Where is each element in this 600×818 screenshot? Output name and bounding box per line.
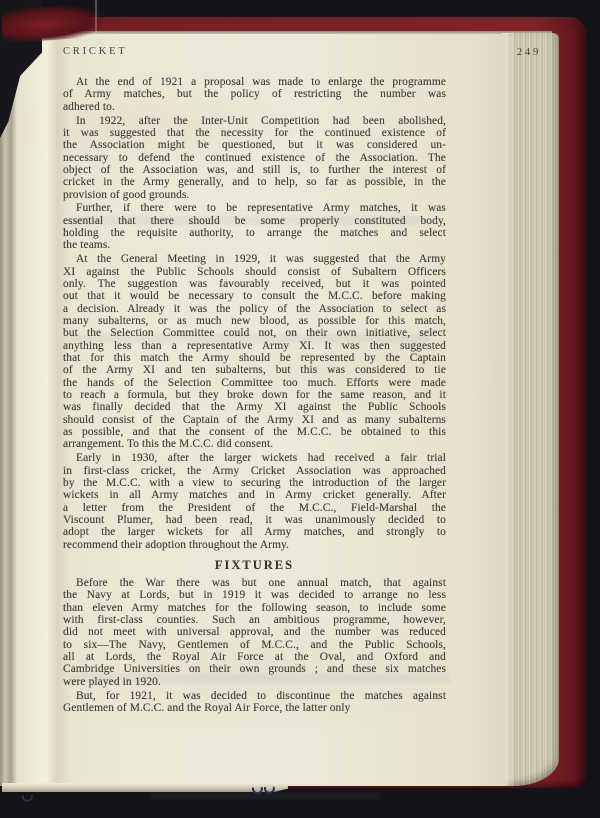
text-line: At the General Meeting in 1929, it was s…	[63, 253, 446, 265]
text-line: as possible, and that the consent of the…	[63, 426, 446, 438]
text-line: anything less than a representative Army…	[63, 340, 446, 352]
print-artifact	[22, 789, 35, 808]
cover-corner-streak	[1, 2, 105, 43]
text-line: a decision. Already it was the policy of…	[63, 303, 446, 315]
text-line: wickets in all Army matches and in Army …	[63, 489, 446, 501]
text-line: the Association might be questioned, but…	[63, 139, 446, 151]
text-line: out that it would be necessary to consul…	[63, 290, 446, 302]
text-line: holding the requisite authority, to arra…	[63, 227, 446, 239]
text-line: In 1922, after the Inter-Unit Competitio…	[63, 115, 446, 127]
running-head: CRICKET 249	[63, 46, 541, 60]
paragraph: Early in 1930, after the larger wickets …	[63, 452, 446, 551]
text-line: of Army matches, but the policy of restr…	[63, 88, 446, 100]
paragraph: In 1922, after the Inter-Unit Competitio…	[63, 115, 446, 201]
text-line: the hands of the Selection Committee too…	[63, 377, 446, 389]
text-line: of the Army XI and ten subalterns, but t…	[63, 364, 446, 376]
text-line: but the Selection Committee could not, o…	[63, 327, 446, 339]
page-bottom-edge	[2, 783, 288, 792]
text-line: that for this match the Army should be r…	[63, 352, 446, 364]
text-line: to reach a formula, but they broke down …	[63, 389, 446, 401]
paragraph: Further, if there were to be representat…	[63, 202, 446, 251]
text-line: adopt the larger wickets for all Army ma…	[63, 526, 446, 538]
text-line: did not meet with universal approval, an…	[63, 626, 446, 638]
print-artifact	[252, 781, 277, 800]
text-line: Further, if there were to be representat…	[63, 202, 446, 214]
text-line: a letter from the President of the M.C.C…	[63, 502, 446, 514]
scan-line-artifact	[95, 0, 97, 34]
page-edges-right	[502, 33, 559, 786]
paragraph: At the General Meeting in 1929, it was s…	[63, 253, 446, 451]
text-line: necessary to defend the continued existe…	[63, 152, 446, 164]
text-line: with first-class counties. Such an ambit…	[63, 614, 446, 626]
text-line: was finally decided that the Army XI aga…	[63, 401, 446, 413]
text-line: provision of good grounds.	[63, 189, 446, 201]
text-line: should consist of the Captain of the Arm…	[63, 414, 446, 426]
paragraph: But, for 1921, it was decided to discont…	[63, 690, 446, 715]
text-line: to six—The Navy, Gentlemen of M.C.C., an…	[63, 639, 446, 651]
text-line: the Navy at Lords, but in 1919 it was de…	[63, 589, 446, 601]
section-heading: FIXTURES	[63, 558, 446, 572]
text-line: adhered to.	[63, 101, 446, 113]
page-number: 249	[517, 46, 541, 58]
text-line: essential that there should be some prop…	[63, 215, 446, 227]
text-line: only. The suggestion was favourably rece…	[63, 278, 446, 290]
text-line: Viscount Plumer, had been read, it was u…	[63, 514, 446, 526]
paragraph: Before the War there was but one annual …	[63, 577, 446, 688]
text-column: At the end of 1921 a proposal was made t…	[63, 76, 446, 716]
text-line: XI against the Public Schools should con…	[63, 266, 446, 278]
text-line: At the end of 1921 a proposal was made t…	[63, 76, 446, 88]
text-line: the teams.	[63, 239, 446, 251]
text-line: many subalterns, or as much new blood, a…	[63, 315, 446, 327]
paragraph: At the end of 1921 a proposal was made t…	[63, 76, 446, 113]
text-line: Early in 1930, after the larger wickets …	[63, 452, 446, 464]
book-photo: CRICKET 249 At the end of 1921 a proposa…	[0, 0, 600, 818]
text-line: Gentlemen of M.C.C. and the Royal Air Fo…	[63, 702, 446, 714]
text-line: by the M.C.C. with a view to securing th…	[63, 477, 446, 489]
text-line: than eleven Army matches for the followi…	[63, 602, 446, 614]
text-line: all at Lords, the Royal Air Force at the…	[63, 651, 446, 663]
text-line: were played in 1920.	[63, 676, 446, 688]
text-line: Before the War there was but one annual …	[63, 577, 446, 589]
text-line: in first-class cricket, the Army Cricket…	[63, 465, 446, 477]
text-line: it was suggested that the necessity for …	[63, 127, 446, 139]
running-title: CRICKET	[63, 46, 128, 57]
text-line: object of the Association was, and still…	[63, 164, 446, 176]
text-line: cricket in the Army generally, and to he…	[63, 176, 446, 188]
text-line: Cambridge Universities on their own grou…	[63, 663, 446, 675]
text-line: recommend their adoption throughout the …	[63, 539, 446, 551]
text-line: arrangement. To this the M.C.C. did cons…	[63, 438, 446, 450]
text-line: But, for 1921, it was decided to discont…	[63, 690, 446, 702]
